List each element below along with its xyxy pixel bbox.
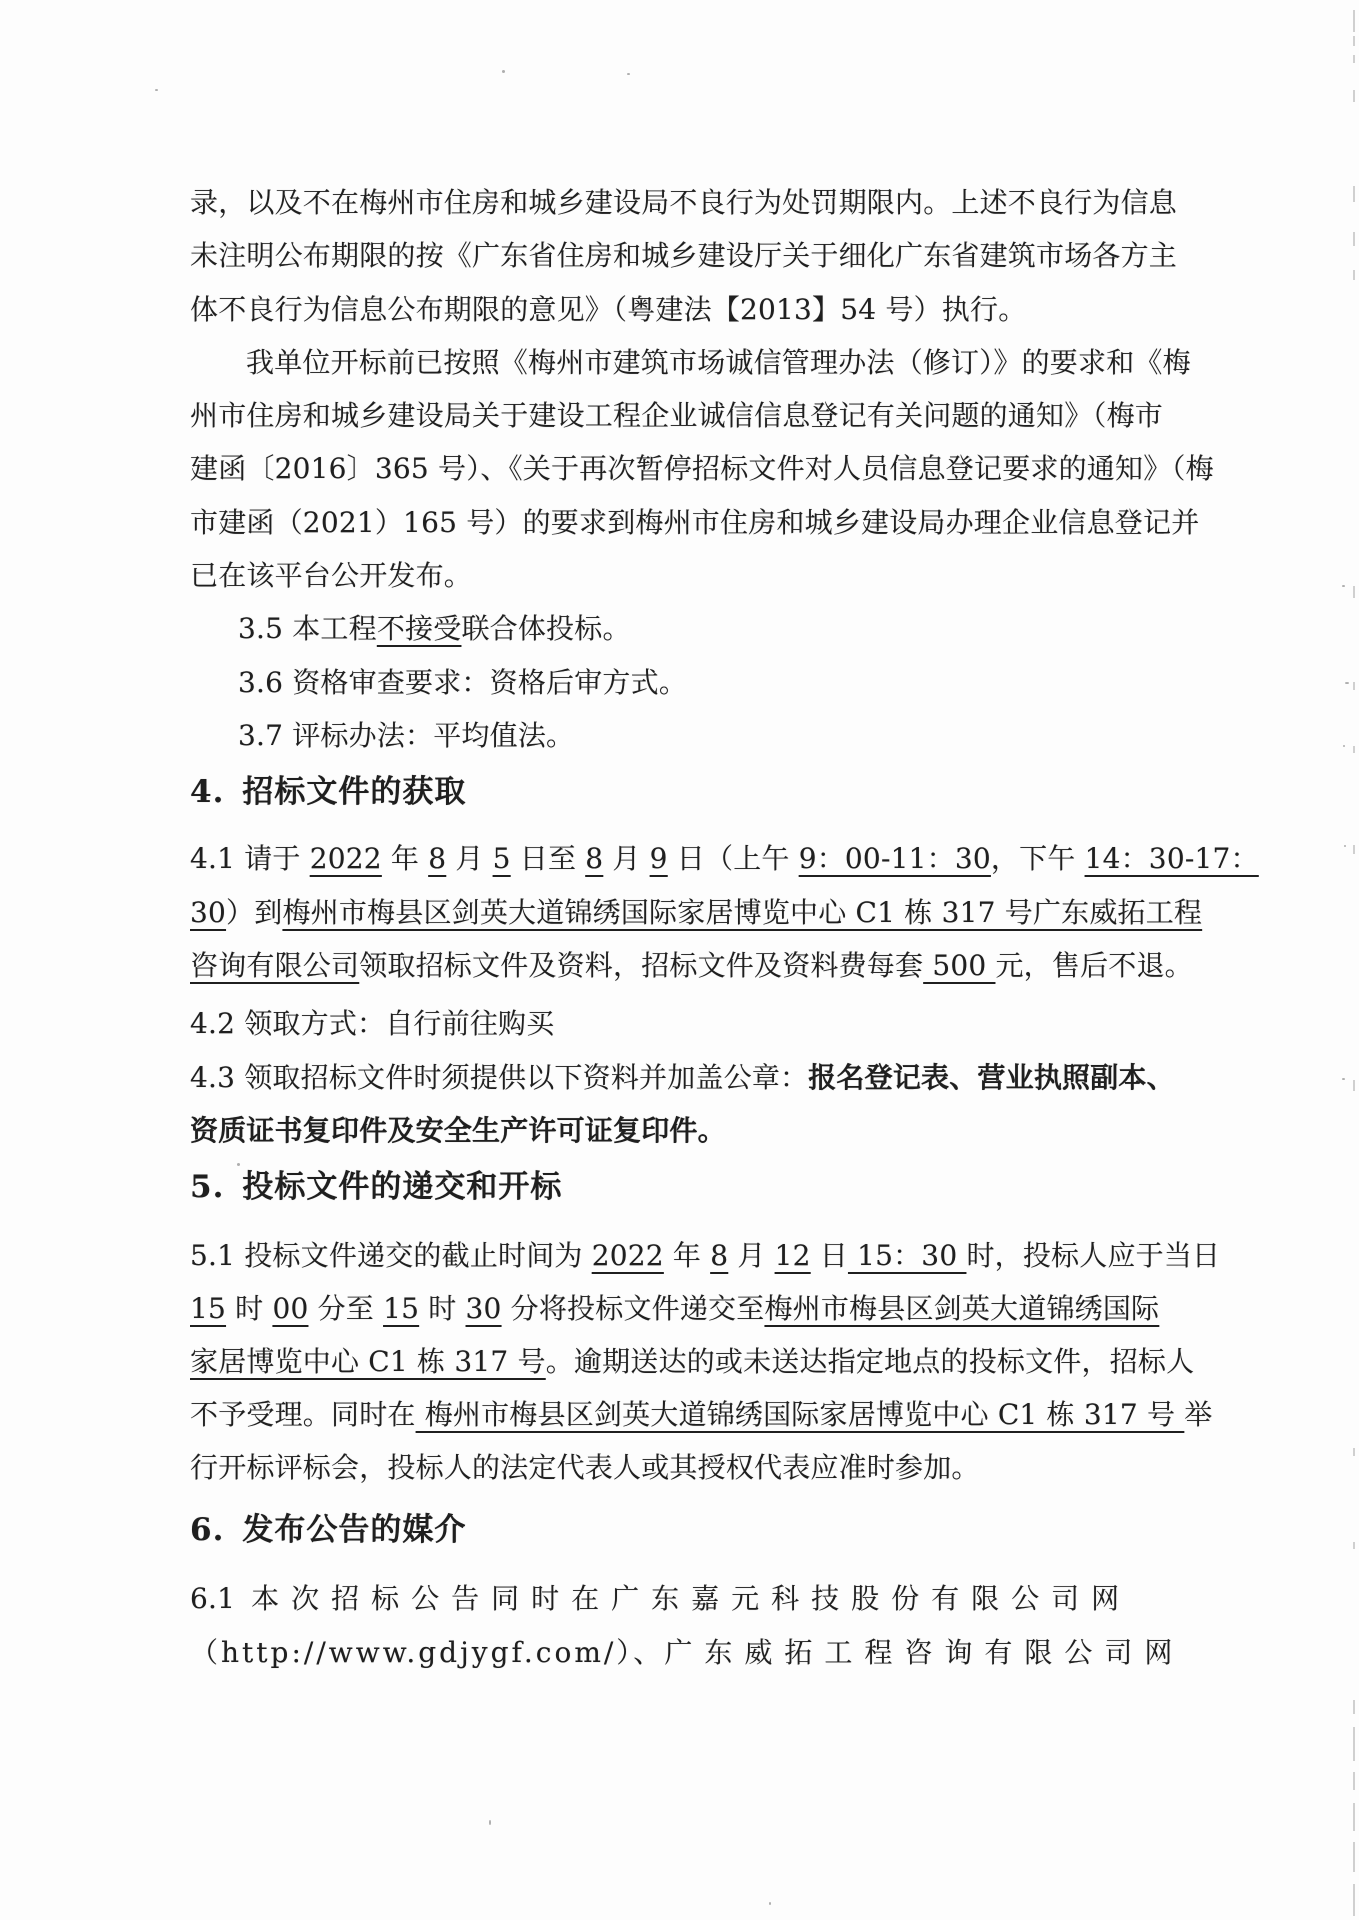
document-line: 家居博览中心 C1 栋 317 号。逾期送达的或未送达指定地点的投标文件，招标人 <box>190 1346 1194 1378</box>
text-segment: 15：30 <box>848 1239 966 1272</box>
text-segment: 3.6 资格审查要求：资格后审方式。 <box>238 666 687 699</box>
text-segment: 4.2 领取方式：自行前往购买 <box>190 1007 554 1040</box>
scan-speck <box>1344 845 1346 847</box>
text-segment: 领取招标文件及资料，招标文件及资料费每套 <box>359 949 923 982</box>
text-segment: 时 <box>226 1292 272 1325</box>
scan-edge-dash <box>1353 270 1355 280</box>
text-segment: 已在该平台公开发布。 <box>190 559 472 592</box>
scan-edge-dash <box>1353 1448 1355 1456</box>
document-line: 4.1 请于 2022 年 8 月 5 日至 8 月 9 日（上午 9：00-1… <box>190 843 1259 875</box>
text-segment: 。逾期送达的或未送达指定地点的投标文件，招标人 <box>546 1345 1195 1378</box>
text-segment: 9 <box>650 842 668 875</box>
document-line: 体不良行为信息公布期限的意见》（粤建法【2013】54 号）执行。 <box>190 294 1026 326</box>
text-segment: 月 <box>603 842 649 875</box>
document-line: 咨询有限公司领取招标文件及资料，招标文件及资料费每套 500 元，售后不退。 <box>190 950 1193 982</box>
scan-edge-dash <box>1353 1884 1355 1916</box>
text-segment: 5. <box>190 1169 224 1205</box>
text-segment: 月 <box>446 842 492 875</box>
text-segment: 5 <box>493 842 511 875</box>
text-segment: 年 <box>382 842 428 875</box>
scan-speck <box>1343 745 1345 747</box>
scan-edge-dash <box>1353 1700 1355 1714</box>
scan-edge-dash <box>1353 186 1355 202</box>
scan-speck <box>1342 1078 1345 1080</box>
document-line: 未注明公布期限的按《广东省住房和城乡建设厅关于细化广东省建筑市场各方主 <box>190 240 1177 272</box>
document-line: 3.5 本工程不接受联合体投标。 <box>238 613 631 645</box>
text-segment: 家居博览中心 C1 栋 317 号 <box>190 1345 546 1378</box>
text-segment: 广东威拓工程咨询有限公司网 <box>664 1636 1184 1669</box>
text-segment: 5.1 投标文件递交的截止时间为 <box>190 1239 592 1272</box>
text-segment: 投标文件的递交和开标 <box>242 1169 562 1205</box>
scan-edge-dash <box>1353 232 1355 246</box>
text-segment: 30 <box>466 1292 502 1325</box>
text-segment: 8 <box>710 1239 728 1272</box>
text-segment: 8 <box>585 842 603 875</box>
text-segment: 发布公告的媒介 <box>242 1512 466 1548</box>
scan-speck <box>769 1902 771 1905</box>
document-line: 州市住房和城乡建设局关于建设工程企业诚信信息登记有关问题的通知》（梅市 <box>190 400 1163 432</box>
scan-edge-dash <box>1353 1772 1355 1790</box>
scan-edge-dash <box>1353 90 1355 102</box>
text-segment: 12 <box>775 1239 811 1272</box>
document-line: 已在该平台公开发布。 <box>190 560 472 592</box>
section-heading: 6.发布公告的媒介 <box>190 1513 466 1549</box>
scan-edge-dash <box>1353 1542 1355 1549</box>
text-segment: 元，售后不退。 <box>995 949 1192 982</box>
text-segment: 3.5 本工程 <box>238 612 377 645</box>
text-segment: ）到 <box>226 896 282 929</box>
text-segment: 日 <box>811 1239 848 1272</box>
text-segment: 录，以及不在梅州市住房和城乡建设局不良行为处罚期限内。上述不良行为信息 <box>190 186 1177 219</box>
scan-edge-dash <box>1353 586 1355 598</box>
text-segment: 资质证书复印件及安全生产许可证复印件。 <box>190 1114 726 1147</box>
text-segment: 8 <box>428 842 446 875</box>
text-segment: 建函〔2016〕365 号）、《关于再次暂停招标文件对人员信息登记要求的通知》（… <box>190 452 1214 485</box>
text-segment: 行开标评标会，投标人的法定代表人或其授权代表应准时参加。 <box>190 1451 980 1484</box>
document-line: 15 时 00 分至 15 时 30 分将投标文件递交至梅州市梅县区剑英大道锦绣… <box>190 1293 1159 1325</box>
text-segment: 我单位开标前已按照《梅州市建筑市场诚信管理办法（修订）》的要求和《梅 <box>246 346 1191 379</box>
scan-speck <box>1345 682 1349 684</box>
document-line: 4.3 领取招标文件时须提供以下资料并加盖公章：报名登记表、营业执照副本、 <box>190 1062 1175 1094</box>
text-segment: 6.1 <box>190 1582 235 1615</box>
text-segment: 报名登记表、营业执照副本、 <box>808 1061 1175 1094</box>
text-segment: （http://www.gdjygf.com/）、 <box>190 1636 664 1669</box>
text-segment: 日（上午 <box>668 842 799 875</box>
text-segment: 联合体投标。 <box>461 612 630 645</box>
text-segment: 未注明公布期限的按《广东省住房和城乡建设厅关于细化广东省建筑市场各方主 <box>190 239 1177 272</box>
document-line: 4.2 领取方式：自行前往购买 <box>190 1008 554 1040</box>
scan-edge-dash <box>1353 1727 1355 1761</box>
scan-speck <box>502 70 505 73</box>
text-segment: 4.3 领取招标文件时须提供以下资料并加盖公章： <box>190 1061 808 1094</box>
text-segment: 2022 <box>310 842 382 875</box>
text-segment: 梅州市梅县区剑英大道锦绣国际家居博览中心 C1 栋 317 号 <box>416 1398 1185 1431</box>
scan-speck <box>489 1820 491 1825</box>
text-segment: 体不良行为信息公布期限的意见》（粤建法【2013】54 号）执行。 <box>190 293 1026 326</box>
scan-edge-dash <box>1353 1842 1355 1872</box>
scan-edge-dash <box>1353 55 1355 63</box>
scan-speck <box>237 1163 240 1166</box>
document-line: 市建函（2021）165 号）的要求到梅州市住房和城乡建设局办理企业信息登记并 <box>190 507 1199 539</box>
text-segment: 00 <box>272 1292 308 1325</box>
text-segment: 2022 <box>592 1239 664 1272</box>
text-segment: 州市住房和城乡建设局关于建设工程企业诚信信息登记有关问题的通知》（梅市 <box>190 399 1163 432</box>
text-segment: 不接受 <box>377 612 462 645</box>
document-line: 我单位开标前已按照《梅州市建筑市场诚信管理办法（修订）》的要求和《梅 <box>246 347 1191 379</box>
text-segment: 招标文件的获取 <box>242 774 466 810</box>
scan-edge-dash <box>1353 845 1355 854</box>
document-line: 资质证书复印件及安全生产许可证复印件。 <box>190 1115 726 1147</box>
document-line: 3.7 评标办法：平均值法。 <box>238 720 574 752</box>
scan-edge-dash <box>1353 746 1355 753</box>
text-segment: 4. <box>190 774 224 810</box>
section-heading: 5.投标文件的递交和开标 <box>190 1170 562 1206</box>
text-segment: 梅州市梅县区剑英大道锦绣国际 <box>764 1292 1159 1325</box>
text-segment: 不予受理。同时在 <box>190 1398 416 1431</box>
text-segment: 500 <box>923 949 995 982</box>
scan-edge-dash <box>1353 1803 1355 1831</box>
text-segment: 年 <box>664 1239 710 1272</box>
text-segment: 6. <box>190 1512 224 1548</box>
text-segment: 本次招标公告同时在广东嘉元科技股份有限公司网 <box>251 1582 1131 1615</box>
text-segment: 月 <box>728 1239 774 1272</box>
text-segment: 市建函（2021）165 号）的要求到梅州市住房和城乡建设局办理企业信息登记并 <box>190 506 1199 539</box>
text-segment: 15 <box>383 1292 419 1325</box>
text-segment: 15 <box>190 1292 226 1325</box>
text-segment: 分至 <box>308 1292 383 1325</box>
document-line: 6.1本次招标公告同时在广东嘉元科技股份有限公司网 <box>190 1583 1131 1615</box>
document-line: 建函〔2016〕365 号）、《关于再次暂停招标文件对人员信息登记要求的通知》（… <box>190 453 1214 485</box>
text-segment: 梅州市梅县区剑英大道锦绣国际家居博览中心 C1 栋 317 号广东威拓工程 <box>282 896 1202 929</box>
document-line: 5.1 投标文件递交的截止时间为 2022 年 8 月 12 日 15：30 时… <box>190 1240 1220 1272</box>
document-line: （http://www.gdjygf.com/）、广东威拓工程咨询有限公司网 <box>190 1637 1184 1669</box>
scan-edge-dash <box>1353 1080 1355 1091</box>
scan-speck <box>1342 585 1345 587</box>
text-segment: 时，投标人应于当日 <box>966 1239 1220 1272</box>
text-segment: 30 <box>190 896 226 929</box>
section-heading: 4.招标文件的获取 <box>190 775 466 811</box>
text-segment: 4.1 请于 <box>190 842 310 875</box>
scan-edge-dash <box>1353 10 1355 32</box>
text-segment: 3.7 评标办法：平均值法。 <box>238 719 574 752</box>
text-segment: 咨询有限公司 <box>190 949 359 982</box>
text-segment: 时 <box>419 1292 465 1325</box>
text-segment: ，下午 <box>991 842 1085 875</box>
document-page: 录，以及不在梅州市住房和城乡建设局不良行为处罚期限内。上述不良行为信息未注明公布… <box>0 0 1359 1920</box>
scan-edge-dash <box>1353 36 1355 46</box>
scan-speck <box>627 73 630 75</box>
text-segment: 9：00-11：30 <box>799 842 991 875</box>
document-line: 3.6 资格审查要求：资格后审方式。 <box>238 667 687 699</box>
scan-speck <box>155 89 158 91</box>
text-segment: 14：30-17： <box>1085 842 1259 875</box>
document-line: 行开标评标会，投标人的法定代表人或其授权代表应准时参加。 <box>190 1452 980 1484</box>
document-line: 录，以及不在梅州市住房和城乡建设局不良行为处罚期限内。上述不良行为信息 <box>190 187 1177 219</box>
text-segment: 举 <box>1184 1398 1212 1431</box>
scan-edge-dash <box>1353 682 1355 690</box>
document-line: 不予受理。同时在 梅州市梅县区剑英大道锦绣国际家居博览中心 C1 栋 317 号… <box>190 1399 1213 1431</box>
text-segment: 分将投标文件递交至 <box>502 1292 765 1325</box>
text-segment: 日至 <box>511 842 586 875</box>
document-line: 30）到梅州市梅县区剑英大道锦绣国际家居博览中心 C1 栋 317 号广东威拓工… <box>190 897 1202 929</box>
